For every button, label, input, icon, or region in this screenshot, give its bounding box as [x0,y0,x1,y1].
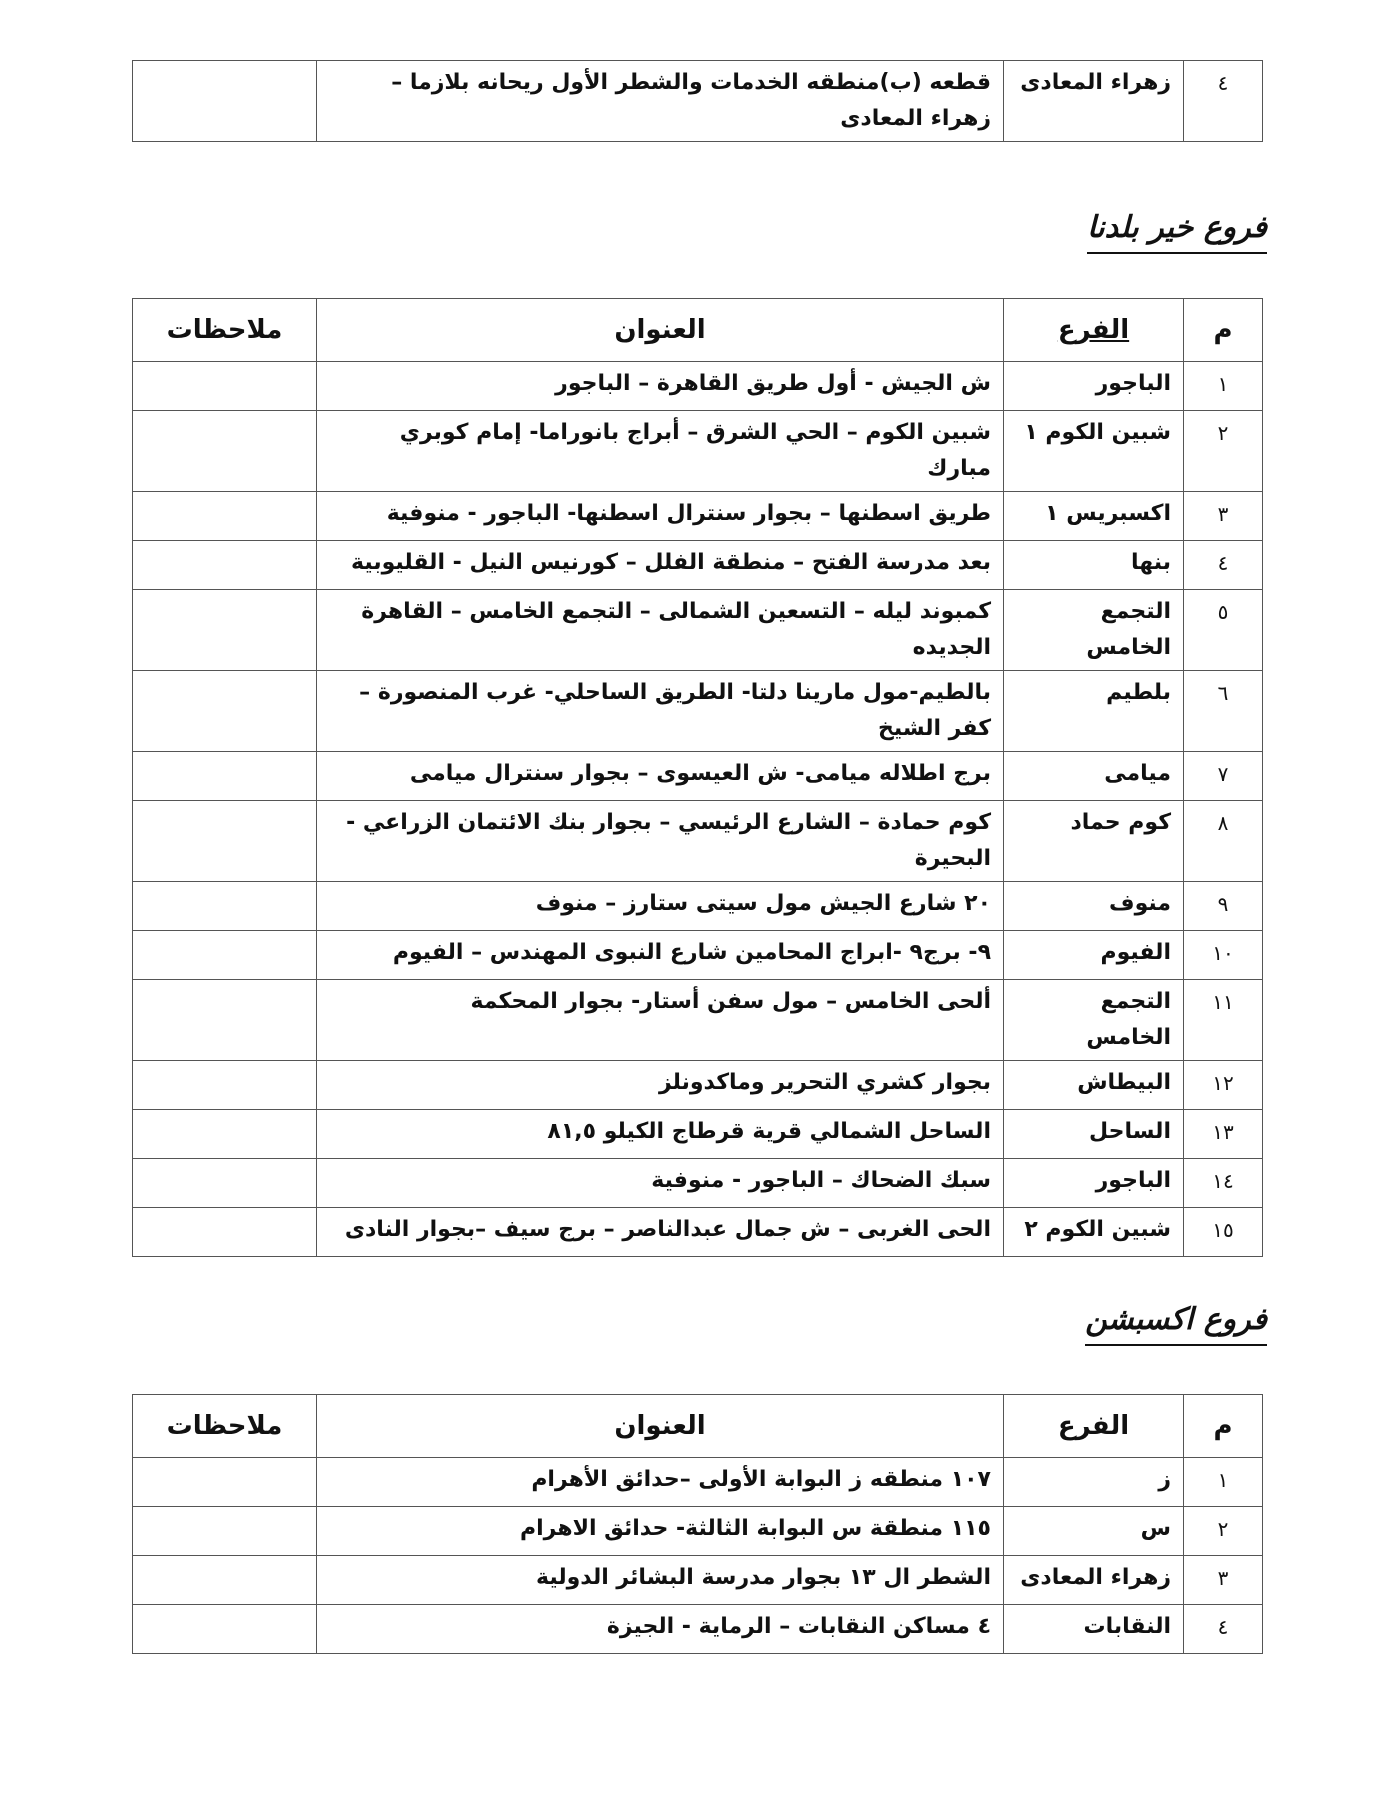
num-cell: ٥ [1184,590,1263,671]
notes-cell [133,411,317,492]
table-row: ٤بنهابعد مدرسة الفتح – منطقة الفلل – كور… [133,541,1263,590]
num-cell: ١ [1184,362,1263,411]
branch-cell: س [1004,1507,1184,1556]
exception-branches-table: م الفرع العنوان ملاحظات ١ز١٠٧ منطقه ز ال… [132,1394,1263,1654]
address-cell: بالطيم-مول مارينا دلتا- الطريق الساحلي- … [317,671,1004,752]
num-cell: ٢ [1184,1507,1263,1556]
address-cell: طريق اسطنها – بجوار سنترال اسطنها- الباج… [317,492,1004,541]
header-branch-label: الفرع [1058,315,1129,345]
header-branch: الفرع [1004,1395,1184,1458]
notes-cell [133,541,317,590]
branch-cell: اكسبريس ١ [1004,492,1184,541]
address-cell: ١٠٧ منطقه ز البوابة الأولى –حدائق الأهرا… [317,1458,1004,1507]
branch-cell: زهراء المعادى [1004,1556,1184,1605]
table-row: ١١التجمع الخامسألحى الخامس – مول سفن أست… [133,980,1263,1061]
num-cell: ١٠ [1184,931,1263,980]
notes-cell [133,1208,317,1257]
exception-table-body: ١ز١٠٧ منطقه ز البوابة الأولى –حدائق الأه… [133,1458,1263,1654]
table-row: ١٤الباجورسبك الضحاك – الباجور - منوفية [133,1159,1263,1208]
address-cell: سبك الضحاك – الباجور - منوفية [317,1159,1004,1208]
address-cell: بعد مدرسة الفتح – منطقة الفلل – كورنيس ا… [317,541,1004,590]
branch-cell: بنها [1004,541,1184,590]
address-cell: قطعه (ب)منطقه الخدمات والشطر الأول ريحان… [317,61,1004,142]
header-notes: ملاحظات [133,299,317,362]
table-row: ٥التجمع الخامسكمبوند ليله – التسعين الشم… [133,590,1263,671]
notes-cell [133,671,317,752]
branch-cell: النقابات [1004,1605,1184,1654]
notes-cell [133,1507,317,1556]
section-title-exception: فروع اكسبشن [1085,1300,1267,1346]
table-row: ٤زهراء المعادىقطعه (ب)منطقه الخدمات والش… [133,61,1263,142]
branch-cell: زهراء المعادى [1004,61,1184,142]
branch-cell: البيطاش [1004,1061,1184,1110]
branch-cell: بلطيم [1004,671,1184,752]
notes-cell [133,980,317,1061]
address-cell: الشطر ال ١٣ بجوار مدرسة البشائر الدولية [317,1556,1004,1605]
branch-cell: الباجور [1004,1159,1184,1208]
num-cell: ١١ [1184,980,1263,1061]
table-row: ٩منوف٢٠ شارع الجيش مول سيتى ستارز – منوف [133,882,1263,931]
branch-cell: شبين الكوم ٢ [1004,1208,1184,1257]
branch-cell: الباجور [1004,362,1184,411]
header-address: العنوان [317,299,1004,362]
num-cell: ٦ [1184,671,1263,752]
address-cell: شبين الكوم – الحي الشرق – أبراج بانوراما… [317,411,1004,492]
branch-cell: الفيوم [1004,931,1184,980]
notes-cell [133,1061,317,1110]
num-cell: ٩ [1184,882,1263,931]
table-header-row: م الفرع العنوان ملاحظات [133,299,1263,362]
address-cell: الحى الغربى – ش جمال عبدالناصر – برج سيف… [317,1208,1004,1257]
notes-cell [133,590,317,671]
branch-cell: كوم حماد [1004,801,1184,882]
num-cell: ٧ [1184,752,1263,801]
notes-cell [133,931,317,980]
num-cell: ٨ [1184,801,1263,882]
table-header-row: م الفرع العنوان ملاحظات [133,1395,1263,1458]
branch-cell: ز [1004,1458,1184,1507]
header-address: العنوان [317,1395,1004,1458]
header-num: م [1184,299,1263,362]
header-branch: الفرع [1004,299,1184,362]
notes-cell [133,61,317,142]
table-row: ١الباجورش الجيش - أول طريق القاهرة – الب… [133,362,1263,411]
continuation-table-body: ٤زهراء المعادىقطعه (ب)منطقه الخدمات والش… [133,61,1263,142]
section-title-kheir-baladna: فروع خير بلدنا [1087,208,1267,254]
num-cell: ١٥ [1184,1208,1263,1257]
branch-cell: منوف [1004,882,1184,931]
address-cell: برج اطلاله ميامى- ش العيسوى – بجوار سنتر… [317,752,1004,801]
table-row: ٣اكسبريس ١طريق اسطنها – بجوار سنترال اسط… [133,492,1263,541]
header-notes: ملاحظات [133,1395,317,1458]
table-row: ٤النقابات٤ مساكن النقابات – الرماية - ال… [133,1605,1263,1654]
address-cell: ألحى الخامس – مول سفن أستار- بجوار المحك… [317,980,1004,1061]
address-cell: ١١٥ منطقة س البوابة الثالثة- حدائق الاهر… [317,1507,1004,1556]
num-cell: ٤ [1184,1605,1263,1654]
table-row: ٨كوم حمادكوم حمادة – الشارع الرئيسي – بج… [133,801,1263,882]
address-cell: ش الجيش - أول طريق القاهرة – الباجور [317,362,1004,411]
num-cell: ٣ [1184,1556,1263,1605]
table-row: ٢شبين الكوم ١شبين الكوم – الحي الشرق – أ… [133,411,1263,492]
table-row: ٣زهراء المعادىالشطر ال ١٣ بجوار مدرسة ال… [133,1556,1263,1605]
branch-cell: التجمع الخامس [1004,590,1184,671]
notes-cell [133,1605,317,1654]
num-cell: ١ [1184,1458,1263,1507]
address-cell: ٢٠ شارع الجيش مول سيتى ستارز – منوف [317,882,1004,931]
num-cell: ٢ [1184,411,1263,492]
branch-cell: الساحل [1004,1110,1184,1159]
notes-cell [133,1110,317,1159]
table-row: ١٥شبين الكوم ٢الحى الغربى – ش جمال عبدال… [133,1208,1263,1257]
address-cell: ٤ مساكن النقابات – الرماية - الجيزة [317,1605,1004,1654]
kheir-baladna-table-body: ١الباجورش الجيش - أول طريق القاهرة – الب… [133,362,1263,1257]
kheir-baladna-branches-table: م الفرع العنوان ملاحظات ١الباجورش الجيش … [132,298,1263,1257]
num-cell: ١٢ [1184,1061,1263,1110]
table-row: ١ز١٠٧ منطقه ز البوابة الأولى –حدائق الأه… [133,1458,1263,1507]
table-row: ١٠الفيوم٩- برج٩ -ابراج المحامين شارع الن… [133,931,1263,980]
address-cell: كمبوند ليله – التسعين الشمالى – التجمع ا… [317,590,1004,671]
branch-cell: التجمع الخامس [1004,980,1184,1061]
notes-cell [133,362,317,411]
continuation-table: ٤زهراء المعادىقطعه (ب)منطقه الخدمات والش… [132,60,1263,142]
address-cell: الساحل الشمالي قرية قرطاج الكيلو ٨١,٥ [317,1110,1004,1159]
table-row: ١٢البيطاشبجوار كشري التحرير وماكدونلز [133,1061,1263,1110]
notes-cell [133,1159,317,1208]
address-cell: ٩- برج٩ -ابراج المحامين شارع النبوى المه… [317,931,1004,980]
notes-cell [133,882,317,931]
num-cell: ٣ [1184,492,1263,541]
notes-cell [133,801,317,882]
table-row: ٧ميامىبرج اطلاله ميامى- ش العيسوى – بجوا… [133,752,1263,801]
notes-cell [133,752,317,801]
notes-cell [133,1458,317,1507]
branch-cell: شبين الكوم ١ [1004,411,1184,492]
address-cell: بجوار كشري التحرير وماكدونلز [317,1061,1004,1110]
table-row: ٦بلطيمبالطيم-مول مارينا دلتا- الطريق الس… [133,671,1263,752]
table-row: ١٣الساحلالساحل الشمالي قرية قرطاج الكيلو… [133,1110,1263,1159]
notes-cell [133,1556,317,1605]
num-cell: ٤ [1184,61,1263,142]
num-cell: ١٣ [1184,1110,1263,1159]
table-row: ٢س١١٥ منطقة س البوابة الثالثة- حدائق الا… [133,1507,1263,1556]
num-cell: ١٤ [1184,1159,1263,1208]
address-cell: كوم حمادة – الشارع الرئيسي – بجوار بنك ا… [317,801,1004,882]
num-cell: ٤ [1184,541,1263,590]
notes-cell [133,492,317,541]
header-num: م [1184,1395,1263,1458]
branch-cell: ميامى [1004,752,1184,801]
